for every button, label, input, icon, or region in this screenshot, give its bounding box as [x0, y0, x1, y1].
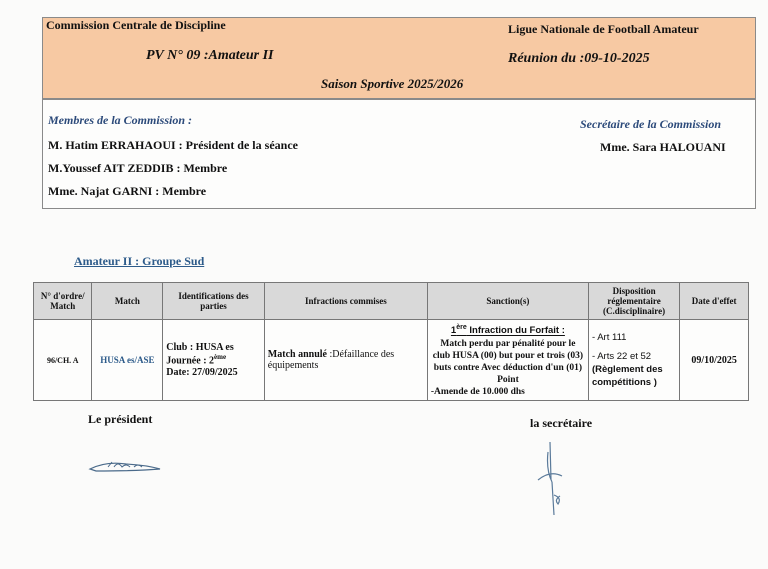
- sanction-text: Match perdu par pénalité pour le club HU…: [431, 338, 585, 386]
- commission-name: Commission Centrale de Discipline: [46, 18, 226, 33]
- disposition-art: - Art 111: [592, 331, 676, 344]
- disposition-reglement: (Règlement des compétitions ): [592, 363, 676, 389]
- secretary-title: Secrétaire de la Commission: [580, 117, 721, 132]
- member-item: Mme. Najat GARNI : Membre: [48, 184, 206, 199]
- col-disposition: Disposition réglementaire (C.disciplinai…: [588, 283, 679, 320]
- match-date: Date: 27/09/2025: [166, 367, 261, 378]
- cell-disposition: - Art 111 - Arts 22 et 52 (Règlement des…: [588, 320, 679, 401]
- season: Saison Sportive 2025/2026: [321, 76, 463, 92]
- secretary-label: la secrétaire: [530, 416, 592, 431]
- member-item: M.Youssef AIT ZEDDIB : Membre: [48, 161, 227, 176]
- infraction-bold: Match annulé: [268, 349, 327, 360]
- cell-infraction: Match annulé :Défaillance des équipement…: [264, 320, 427, 401]
- president-signature: [86, 455, 166, 477]
- cell-identification: Club : HUSA es Journée : 2ème Date: 27/0…: [163, 320, 265, 401]
- secretary-name: Mme. Sara HALOUANI: [600, 140, 726, 155]
- member-item: M. Hatim ERRAHAOUI : Président de la séa…: [48, 138, 298, 153]
- table-header-row: N° d'ordre/ Match Match Identifications …: [34, 283, 749, 320]
- sanction-fine: -Amende de 10.000 dhs: [431, 386, 585, 398]
- pv-number: PV N° 09 :Amateur II: [146, 48, 273, 64]
- club: Club : HUSA es: [166, 342, 261, 353]
- journee-sup: ème: [214, 353, 226, 361]
- cell-sanction: 1ère Infraction du Forfait : Match perdu…: [427, 320, 588, 401]
- col-date-effet: Date d'effet: [680, 283, 749, 320]
- disposition-arts: - Arts 22 et 52: [592, 350, 676, 363]
- meeting-date: Réunion du :09-10-2025: [508, 51, 650, 67]
- league-name: Ligue Nationale de Football Amateur: [508, 22, 699, 37]
- sanction-title: 1ère Infraction du Forfait :: [431, 322, 585, 337]
- col-ordre: N° d'ordre/ Match: [34, 283, 92, 320]
- secretary-signature: [532, 440, 572, 520]
- cell-match: HUSA es/ASE: [92, 320, 163, 401]
- col-match: Match: [92, 283, 163, 320]
- table-row: 96/CH. A HUSA es/ASE Club : HUSA es Jour…: [34, 320, 749, 401]
- sanctions-table: N° d'ordre/ Match Match Identifications …: [33, 282, 749, 401]
- journee-value: Journée : 2: [166, 356, 214, 367]
- col-infractions: Infractions commises: [264, 283, 427, 320]
- cell-ordre: 96/CH. A: [34, 320, 92, 401]
- sanction-title-sup: ère: [456, 324, 467, 331]
- president-label: Le président: [88, 412, 152, 427]
- journee: Journée : 2ème: [166, 353, 261, 366]
- members-title: Membres de la Commission :: [48, 113, 192, 128]
- sanction-title-text: Infraction du Forfait :: [467, 326, 565, 337]
- cell-date-effet: 09/10/2025: [680, 320, 749, 401]
- group-title: Amateur II : Groupe Sud: [74, 254, 204, 269]
- col-sanctions: Sanction(s): [427, 283, 588, 320]
- col-identification: Identifications des parties: [163, 283, 265, 320]
